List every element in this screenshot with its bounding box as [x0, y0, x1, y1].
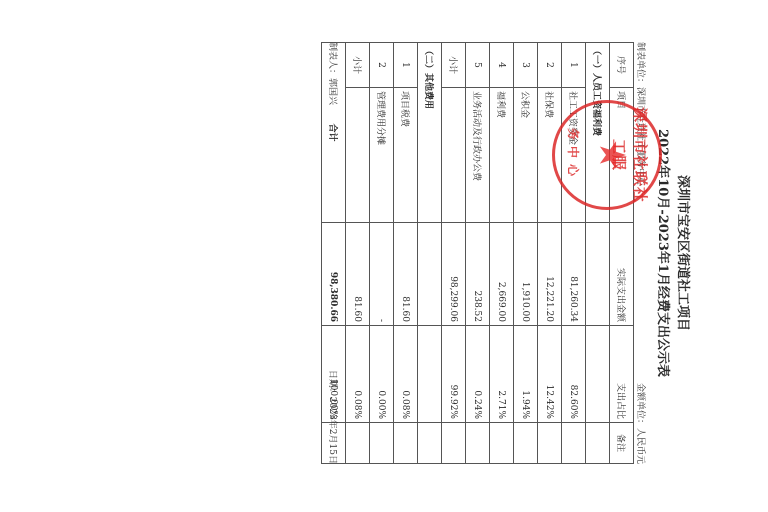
row-amount: 12,221.20	[538, 223, 562, 326]
row-note	[514, 423, 538, 464]
row-seq: 2	[370, 43, 394, 88]
row-amount: -	[370, 223, 394, 326]
table-row: 3公积金1,910.001.94%	[514, 43, 538, 464]
row-seq: 1	[394, 43, 418, 88]
preparer: 制表人：郭国兴	[327, 42, 340, 105]
row-seq: 5	[466, 43, 490, 88]
row-note	[466, 423, 490, 464]
header-amount: 实际支出金额	[610, 223, 634, 326]
table-row: 1项目税费81.600.08%	[394, 43, 418, 464]
row-ratio: 12.42%	[538, 326, 562, 423]
table-row: 2管理费用分摊-0.00%	[370, 43, 394, 464]
subtotal-ratio: 0.08%	[346, 326, 370, 423]
subtotal-row: 小计 98,299.06 99.92%	[442, 43, 466, 464]
document-subtitle: 2022年10月-2023年1月经费支出公示表	[655, 38, 674, 468]
row-item: 管理费用分摊	[370, 88, 394, 223]
subtotal-ratio: 99.92%	[442, 326, 466, 423]
table-row: 5业务活动及行政办公费238.520.24%	[466, 43, 490, 464]
subtotal-amount: 98,299.06	[442, 223, 466, 326]
table-row: 2社保费12,221.2012.42%	[538, 43, 562, 464]
official-seal: 深圳市社联社工服 ★ 务中心	[552, 100, 662, 210]
table-row: 4福利费2,669.002.71%	[490, 43, 514, 464]
row-amount: 81,260.34	[562, 223, 586, 326]
row-ratio: 0.00%	[370, 326, 394, 423]
row-ratio: 82.60%	[562, 326, 586, 423]
header-ratio: 支出占比	[610, 326, 634, 423]
document-title: 深圳市宝安区街道社工项目	[675, 38, 694, 468]
row-ratio: 2.71%	[490, 326, 514, 423]
row-amount: 238.52	[466, 223, 490, 326]
row-seq: 1	[562, 43, 586, 88]
row-note	[370, 423, 394, 464]
row-amount: 1,910.00	[514, 223, 538, 326]
subtotal-label: 小计	[346, 43, 370, 88]
subtotal-label: 小计	[442, 43, 466, 88]
expense-disclosure-document: 深圳市宝安区街道社工项目 2022年10月-2023年1月经费支出公示表 制表单…	[322, 38, 702, 468]
subtotal-row: 小计 81.60 0.08%	[346, 43, 370, 464]
section-header-other: （二）其他费用	[418, 43, 442, 464]
row-amount: 81.60	[394, 223, 418, 326]
row-amount: 2,669.00	[490, 223, 514, 326]
row-note	[538, 423, 562, 464]
row-note	[394, 423, 418, 464]
row-note	[490, 423, 514, 464]
header-seq: 序号	[610, 43, 634, 88]
seal-bottom-text: 务中心	[565, 103, 582, 207]
date: 日期：2023年2月15日	[327, 370, 340, 464]
row-note	[562, 423, 586, 464]
row-item: 项目税费	[394, 88, 418, 223]
row-ratio: 1.94%	[514, 326, 538, 423]
row-ratio: 0.08%	[394, 326, 418, 423]
row-seq: 2	[538, 43, 562, 88]
row-item: 福利费	[490, 88, 514, 223]
subtotal-amount: 81.60	[346, 223, 370, 326]
row-seq: 4	[490, 43, 514, 88]
row-item: 业务活动及行政办公费	[466, 88, 490, 223]
currency-unit: 金额单位：人民币元	[635, 383, 648, 464]
section-title: （二）其他费用	[418, 43, 442, 223]
row-ratio: 0.24%	[466, 326, 490, 423]
header-note: 备注	[610, 423, 634, 464]
star-icon: ★	[593, 103, 629, 207]
row-item: 公积金	[514, 88, 538, 223]
row-seq: 3	[514, 43, 538, 88]
total-amount: 98,380.66	[322, 223, 346, 326]
